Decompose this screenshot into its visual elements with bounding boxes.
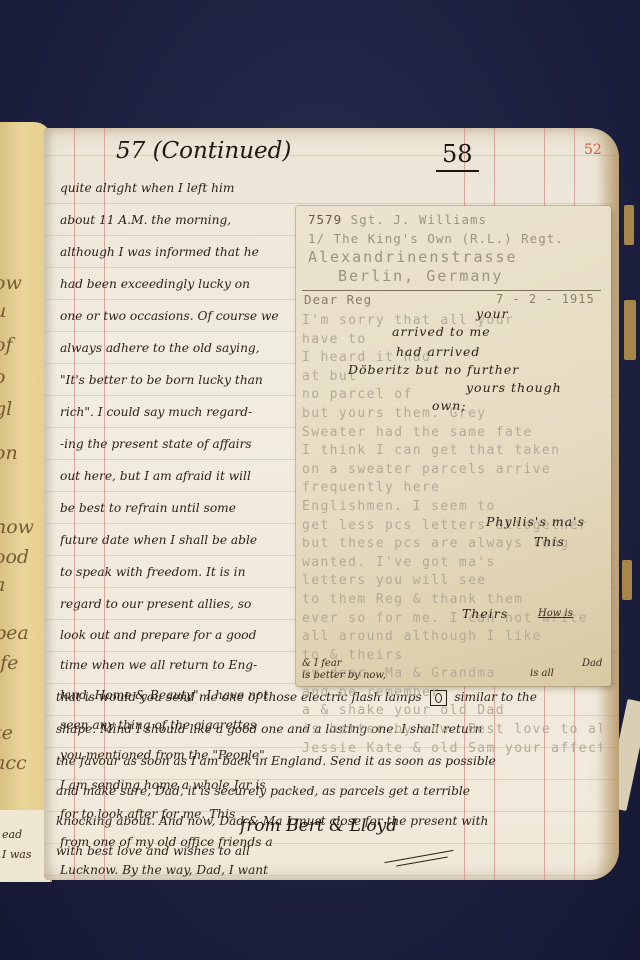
slip-text: I was (2, 848, 31, 861)
address-line: Sgt. J. Williams (351, 212, 487, 227)
letter-line: time when we all return to Eng- (60, 650, 300, 680)
postcard-greeting: Dear Reg (304, 292, 372, 307)
ink-overwrite: own; (432, 398, 467, 413)
faded-line: on a sweater parcels arrive (302, 461, 602, 480)
left-fragment: now (0, 516, 34, 538)
letter-line: to speak with freedom. It is in (60, 556, 300, 588)
letter-line: look out and prepare for a good (60, 620, 300, 650)
faded-line: and be remember (302, 684, 602, 703)
ink-overwrite: your (476, 306, 509, 321)
letter-line: about 11 A.M. the morning, (60, 204, 300, 236)
faded-line: Sweater had the same fate (302, 424, 602, 443)
letter-line: although I was informed that he (60, 236, 300, 268)
letter-line: "It's better to be born lucky than (60, 364, 300, 396)
faded-line: a & shake your old Dad (302, 702, 602, 721)
left-fragment: of (0, 334, 12, 356)
letter-line: regard to our present allies, so (60, 588, 300, 620)
continued-heading: 57 (Continued) (116, 138, 291, 164)
address-line: Alexandrinenstrasse (308, 248, 603, 267)
postcard-date: 7 - 2 - 1915 (496, 292, 595, 306)
slip-text: ead (2, 828, 22, 841)
ink-overwrite: & I fear (302, 658, 342, 669)
letter-line: be best to refrain until some (60, 492, 300, 524)
ink-overwrite: Dad (582, 658, 602, 669)
letter-line: with best love and wishes to all (56, 836, 616, 866)
address-divider (302, 290, 601, 291)
left-fragment: a (0, 574, 5, 596)
faded-line: I think I can get that taken (302, 442, 602, 461)
left-fragment: o (0, 366, 5, 388)
ink-overwrite: arrived to me (392, 324, 491, 339)
ink-overwrite: yours though (466, 380, 562, 395)
faded-line: to & theirs (302, 647, 602, 666)
faded-line: to them Reg & thank them (302, 591, 602, 610)
page-tab (624, 205, 634, 245)
letter-line: always adhere to the old saying, (60, 332, 300, 364)
left-fragment: te (0, 722, 13, 744)
left-fragment: gl (0, 398, 12, 420)
faded-line: wanted. I've got ma's (302, 554, 602, 573)
pasted-postcard: 7579 Sgt. J. Williams 1/ The King's Own … (296, 206, 611, 686)
ink-overwrite: Phyllis's ma's (486, 514, 585, 529)
ledger-page: 57 (Continued) 58 52 quite alright when … (44, 128, 619, 880)
letter-line: future date when I shall be able (60, 524, 300, 556)
faded-line: letters you will see (302, 572, 602, 591)
service-number: 7579 (308, 212, 342, 227)
left-fragment: pea (0, 622, 29, 644)
postcard-address: 7579 Sgt. J. Williams 1/ The King's Own … (308, 210, 603, 286)
page-tab (624, 300, 636, 360)
address-line: 1/ The King's Own (R.L.) Regt. (308, 229, 603, 248)
corner-folio-number: 52 (584, 142, 602, 158)
ink-overwrite: Theirs (462, 606, 508, 621)
ink-overwrite: had arrived (396, 344, 480, 359)
letter-line: -ing the present state of affairs (60, 428, 300, 460)
letter-line: one or two occasions. Of course we (60, 300, 300, 332)
left-fragment: ood (0, 546, 29, 568)
ink-overwrite: This (534, 534, 565, 549)
letter-line: out here, but I am afraid it will (60, 460, 300, 492)
letter-line: rich". I could say much regard- (60, 396, 300, 428)
address-line: Berlin, Germany (308, 267, 603, 286)
ink-overwrite: is better by now, (302, 670, 386, 681)
faded-line: all around although I like (302, 628, 602, 647)
letter-line: quite alright when I left him (60, 172, 300, 204)
letter-line: had been exceedingly lucky on (60, 268, 300, 300)
ink-overwrite: Döberitz but no further (348, 362, 519, 377)
ink-overwrite: is all (530, 668, 554, 679)
page-tab (622, 560, 632, 600)
ink-overwrite: How is (538, 608, 573, 619)
faded-line: is better by now. Best love to all (302, 721, 602, 740)
faded-line: Jessie Kate & old Sam your affect brothe… (302, 740, 602, 759)
signature: from Bert & Lloyd (240, 816, 397, 836)
letter-line: and make sure, Dad, it is securely packe… (56, 776, 616, 806)
faded-line: frequently here (302, 479, 602, 498)
left-fragment: acc (0, 752, 27, 774)
left-fragment: lfe (0, 652, 18, 674)
page-number: 58 (436, 140, 479, 172)
inserted-slip: ead I was (0, 810, 50, 882)
left-fragment: on (0, 442, 18, 464)
left-fragment: ow (0, 272, 22, 294)
left-fragment: u (0, 300, 6, 322)
